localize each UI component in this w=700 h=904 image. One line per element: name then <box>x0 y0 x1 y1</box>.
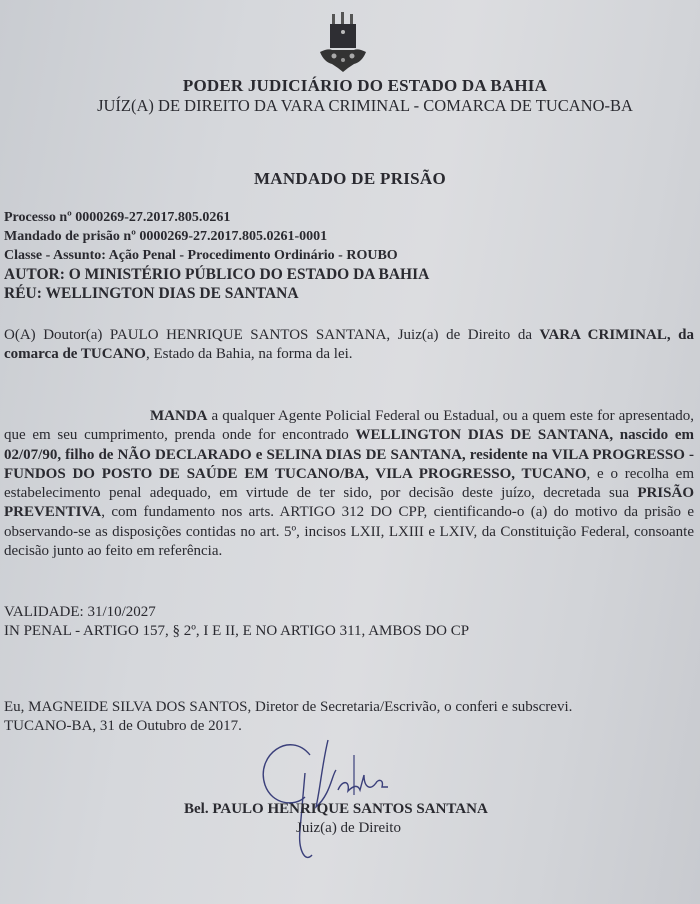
court-division: JUÍZ(A) DE DIREITO DA VARA CRIMINAL - CO… <box>0 96 700 116</box>
validity-block: VALIDADE: 31/10/2027 IN PENAL - ARTIGO 1… <box>4 603 469 641</box>
signatory-name: Bel. PAULO HENRIQUE SANTOS SANTANA <box>184 801 488 818</box>
court-name: PODER JUDICIÁRIO DO ESTADO DA BAHIA <box>0 76 700 96</box>
arrest-warrant-document: PODER JUDICIÁRIO DO ESTADO DA BAHIA JUÍZ… <box>0 0 700 904</box>
penal-articles: IN PENAL - ARTIGO 157, § 2º, I E II, E N… <box>4 622 469 641</box>
defendant: RÉU: WELLINGTON DIAS DE SANTANA <box>4 284 429 303</box>
signatory-role: Juiz(a) de Direito <box>296 820 401 837</box>
case-class: Classe - Assunto: Ação Penal - Procedime… <box>4 246 429 265</box>
clerk-line: Eu, MAGNEIDE SILVA DOS SANTOS, Diretor d… <box>4 698 694 717</box>
intro-text-end: , Estado da Bahia, na forma da lei. <box>146 346 353 362</box>
place-date: TUCANO-BA, 31 de Outubro de 2017. <box>4 717 694 736</box>
order-keyword: MANDA <box>150 408 208 424</box>
document-title: MANDADO DE PRISÃO <box>0 169 700 189</box>
clerk-attestation: Eu, MAGNEIDE SILVA DOS SANTOS, Diretor d… <box>4 698 694 737</box>
intro-text: O(A) Doutor(a) PAULO HENRIQUE SANTOS SAN… <box>4 327 540 343</box>
warrant-number: Mandado de prisão nº 0000269-27.2017.805… <box>4 227 429 246</box>
case-metadata: Processo nº 0000269-27.2017.805.0261 Man… <box>4 208 429 303</box>
coat-of-arms-icon <box>318 8 368 74</box>
plaintiff: AUTOR: O MINISTÉRIO PÚBLICO DO ESTADO DA… <box>4 265 429 284</box>
order-text-3: , com fundamento nos arts. ARTIGO 312 DO… <box>4 504 694 559</box>
order-paragraph: MANDA a qualquer Agente Policial Federal… <box>4 407 694 561</box>
judge-intro-paragraph: O(A) Doutor(a) PAULO HENRIQUE SANTOS SAN… <box>4 326 694 365</box>
validity-date: VALIDADE: 31/10/2027 <box>4 603 469 622</box>
handwritten-signature-icon <box>250 735 440 865</box>
process-number: Processo nº 0000269-27.2017.805.0261 <box>4 208 429 227</box>
